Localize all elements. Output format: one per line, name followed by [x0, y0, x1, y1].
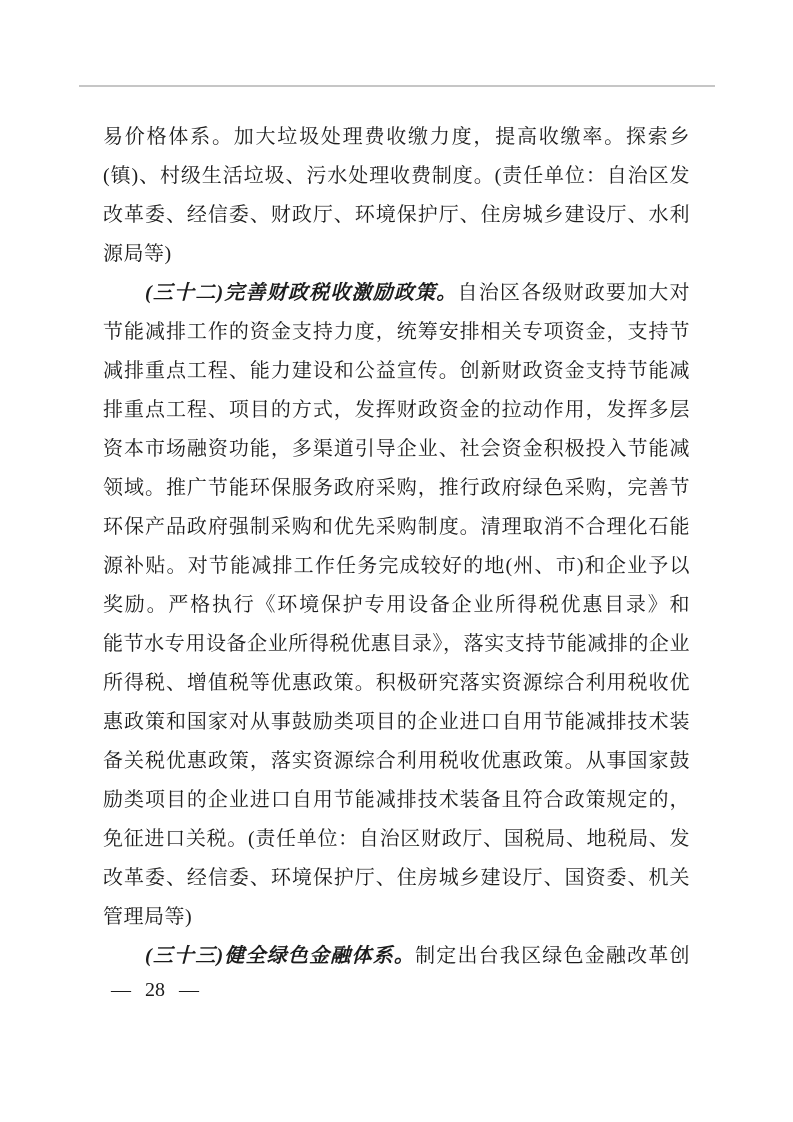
text-line: (三十二)完善财政税收激励政策。自治区各级财政要加大对 — [103, 274, 690, 313]
page-footer: —28— — [111, 972, 199, 1008]
text-line: 所得税、增值税等优惠政策。积极研究落实资源综合利用税收优 — [103, 664, 690, 703]
text-line: 环保产品政府强制采购和优先采购制度。清理取消不合理化石能 — [103, 508, 690, 547]
page-number: 28 — [145, 979, 165, 1001]
document-body: 易价格体系。加大垃圾处理费收缴力度，提高收缴率。探索乡 (镇)、村级生活垃圾、污… — [103, 118, 690, 976]
paragraph-section-33: (三十三)健全绿色金融体系。制定出台我区绿色金融改革创 — [103, 937, 690, 976]
section-33-first-line-text: 制定出台我区绿色金融改革创 — [415, 945, 690, 967]
paragraph-section-32: (三十二)完善财政税收激励政策。自治区各级财政要加大对 节能减排工作的资金支持力… — [103, 274, 690, 937]
footer-right-dash: — — [179, 979, 199, 1001]
section-32-first-line-text: 自治区各级财政要加大对 — [458, 282, 690, 304]
document-page: 易价格体系。加大垃圾处理费收缴力度，提高收缴率。探索乡 (镇)、村级生活垃圾、污… — [0, 0, 793, 1122]
text-line: 源局等) — [103, 235, 690, 274]
header-rule — [79, 85, 715, 87]
text-line: (镇)、村级生活垃圾、污水处理收费制度。(责任单位：自治区发展 — [103, 157, 690, 196]
text-line: 管理局等) — [103, 898, 690, 937]
text-line: 备关税优惠政策，落实资源综合利用税收优惠政策。从事国家鼓 — [103, 742, 690, 781]
text-line: 惠政策和国家对从事鼓励类项目的企业进口自用节能减排技术装 — [103, 703, 690, 742]
text-line: 源补贴。对节能减排工作任务完成较好的地(州、市)和企业予以 — [103, 547, 690, 586]
section-heading-32: (三十二)完善财政税收激励政策。 — [145, 282, 458, 304]
text-line: 能节水专用设备企业所得税优惠目录》，落实支持节能减排的企业 — [103, 625, 690, 664]
text-line: 易价格体系。加大垃圾处理费收缴力度，提高收缴率。探索乡 — [103, 118, 690, 157]
text-line: 减排重点工程、能力建设和公益宣传。创新财政资金支持节能减 — [103, 352, 690, 391]
text-line: (三十三)健全绿色金融体系。制定出台我区绿色金融改革创 — [103, 937, 690, 976]
text-line: 免征进口关税。(责任单位：自治区财政厅、国税局、地税局、发展 — [103, 820, 690, 859]
text-line: 节能减排工作的资金支持力度，统筹安排相关专项资金，支持节能 — [103, 313, 690, 352]
text-line: 改革委、经信委、环境保护厅、住房城乡建设厅、国资委、机关事务 — [103, 859, 690, 898]
text-line: 奖励。严格执行《环境保护专用设备企业所得税优惠目录》和《节 — [103, 586, 690, 625]
section-heading-33: (三十三)健全绿色金融体系。 — [145, 945, 415, 967]
footer-left-dash: — — [111, 979, 131, 1001]
text-line: 改革委、经信委、财政厅、环境保护厅、住房城乡建设厅、水利厅、能 — [103, 196, 690, 235]
text-line: 领域。推广节能环保服务政府采购，推行政府绿色采购，完善节能 — [103, 469, 690, 508]
text-line: 排重点工程、项目的方式，发挥财政资金的拉动作用，发挥多层次 — [103, 391, 690, 430]
text-line: 资本市场融资功能，多渠道引导企业、社会资金积极投入节能减排 — [103, 430, 690, 469]
text-line: 励类项目的企业进口自用节能减排技术装备且符合政策规定的， — [103, 781, 690, 820]
paragraph-continuation: 易价格体系。加大垃圾处理费收缴力度，提高收缴率。探索乡 (镇)、村级生活垃圾、污… — [103, 118, 690, 274]
